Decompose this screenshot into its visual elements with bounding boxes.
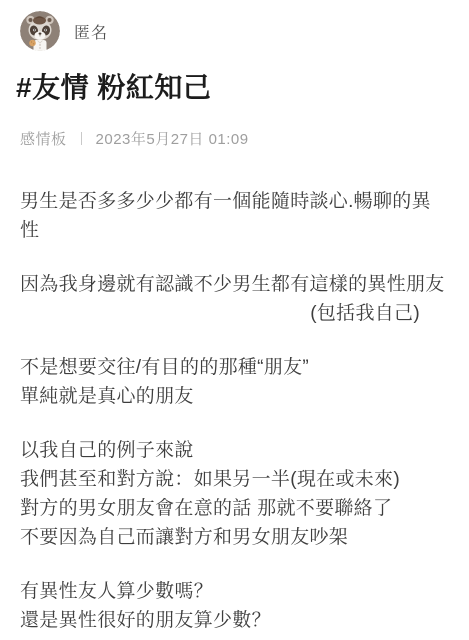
author-name: 匿名 xyxy=(74,20,108,43)
body-line: 以我自己的例子來說 xyxy=(20,436,449,465)
post-date: 2023年5月27日 01:09 xyxy=(96,128,249,149)
post-meta: 感情板 2023年5月27日 01:09 xyxy=(20,128,449,149)
post-title: #友情 粉紅知己 xyxy=(16,71,449,104)
body-line: 不要因為自己而讓對方和男女朋友吵架 xyxy=(20,523,449,552)
meta-divider xyxy=(81,132,82,145)
avatar[interactable] xyxy=(20,11,60,51)
board-name[interactable]: 感情板 xyxy=(20,128,67,149)
body-line: 對方的男女朋友會在意的話 那就不要聯絡了 xyxy=(20,494,449,523)
paragraph: 男生是否多多少少都有一個能隨時談心.暢聊的異性 xyxy=(20,187,449,245)
body-line: 男生是否多多少少都有一個能隨時談心.暢聊的異性 xyxy=(20,191,431,241)
body-line: 單純就是真心的朋友 xyxy=(20,382,449,411)
body-line: 我們甚至和對方說：如果另一半(現在或未來) xyxy=(20,465,449,494)
post-page: 匿名 #友情 粉紅知己 感情板 2023年5月27日 01:09 男生是否多多少… xyxy=(0,0,469,640)
post-body: 男生是否多多少少都有一個能隨時談心.暢聊的異性 因為我身邊就有認識不少男生都有這… xyxy=(20,187,449,635)
body-line: (包括我自己) xyxy=(20,299,449,328)
body-line: 還是異性很好的朋友算少數？ xyxy=(20,606,449,635)
body-line: 不是想要交往/有目的的那種“朋友” xyxy=(20,353,449,382)
body-line: 因為我身邊就有認識不少男生都有這樣的異性朋友 xyxy=(20,270,449,299)
post-header: 匿名 xyxy=(20,11,449,51)
body-line: 有異性友人算少數嗎？ xyxy=(20,577,449,606)
raccoon-avatar-icon xyxy=(20,11,60,51)
